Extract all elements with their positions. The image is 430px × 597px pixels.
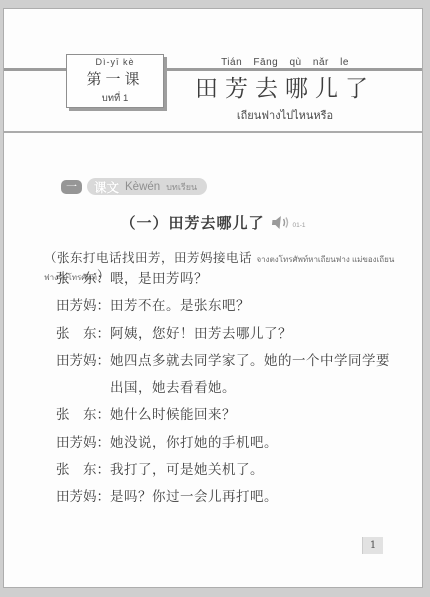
dialogue-line: 张 东：我打了，可是她关机了。 (56, 457, 397, 484)
lesson-title-thai: บทที่ 1 (102, 91, 128, 106)
speaker-name: 张 东： (56, 326, 110, 342)
dialogue-line: 张 东：喂，是田芳吗？ (56, 266, 397, 293)
dialogue-text: 她四点多就去同学家了。她的一个中学同学要出国，她去看看她。 (110, 353, 390, 396)
speaker-name: 田芳妈： (56, 353, 110, 369)
lesson-title-chinese: 第一课 (86, 68, 143, 89)
dialog-title: （一）田芳去哪儿了 (120, 212, 264, 233)
speaker-name: 张 东： (56, 462, 110, 478)
lesson-number-box: Dì-yī kè 第一课 บทที่ 1 (66, 54, 164, 108)
dialogue-text: 我打了，可是她关机了。 (110, 462, 264, 478)
audio-track-label: 01-1 (293, 222, 306, 230)
header-rule-thin (4, 131, 422, 133)
section-number-badge: 一 (61, 180, 82, 194)
section-label-pinyin: Kèwén (125, 181, 160, 193)
speaker-icon (272, 215, 291, 230)
dialogue-line: 田芳妈：田芳不在。是张东吧？ (56, 293, 397, 320)
speaker-name: 田芳妈： (56, 298, 110, 314)
dialogue-line: 田芳妈：她没说，你打她的手机吧。 (56, 430, 397, 457)
chapter-title-block: Tián Fāng qù nǎr le 田芳去哪儿了 เถียนฟางไปไหน… (171, 57, 399, 124)
dialogue-text: 是吗？你过一会儿再打吧。 (110, 489, 278, 505)
speaker-name: 张 东： (56, 407, 110, 423)
speaker-name: 田芳妈： (56, 435, 110, 451)
dialogue-text: 阿姨，您好！田芳去哪儿了？ (110, 326, 292, 342)
dialogue-line: 张 东：阿姨，您好！田芳去哪儿了？ (56, 321, 397, 348)
chapter-title-pinyin: Tián Fāng qù nǎr le (171, 57, 399, 68)
lesson-pinyin: Dì-yī kè (95, 57, 134, 67)
speaker-name: 田芳妈： (56, 489, 110, 505)
dialogue-block: 张 东：喂，是田芳吗？ 田芳妈：田芳不在。是张东吧？ 张 东：阿姨，您好！田芳去… (56, 266, 397, 512)
textbook-page: Dì-yī kè 第一课 บทที่ 1 Tián Fāng qù nǎr le… (3, 8, 423, 588)
chapter-title-thai: เถียนฟางไปไหนหรือ (171, 106, 399, 124)
dialogue-line: 田芳妈：是吗？你过一会儿再打吧。 (56, 484, 397, 511)
dialog-title-row: （一）田芳去哪儿了 01-1 (4, 212, 422, 233)
page-number: 1 (362, 537, 383, 554)
section-label-pill: 课文 Kèwén บทเรียน (87, 178, 207, 195)
section-label-thai: บทเรียน (166, 180, 197, 194)
audio-group: 01-1 (272, 215, 306, 230)
dialogue-text: 田芳不在。是张东吧？ (110, 298, 250, 314)
dialogue-line: 张 东：她什么时候能回来？ (56, 402, 397, 429)
dialogue-text: 她没说，你打她的手机吧。 (110, 435, 278, 451)
section-label-chinese: 课文 (94, 178, 119, 196)
dialogue-text: 她什么时候能回来？ (110, 407, 236, 423)
section-heading: 一 课文 Kèwén บทเรียน (61, 178, 207, 195)
dialogue-text: 喂，是田芳吗？ (110, 271, 208, 287)
dialogue-line: 田芳妈：她四点多就去同学家了。她的一个中学同学要出国，她去看看她。 (56, 348, 397, 403)
speaker-name: 张 东： (56, 271, 110, 287)
stage-direction-chinese: （张东打电话找田芳，田芳妈接电话 (44, 250, 256, 265)
chapter-title-chinese: 田芳去哪儿了 (171, 70, 399, 103)
